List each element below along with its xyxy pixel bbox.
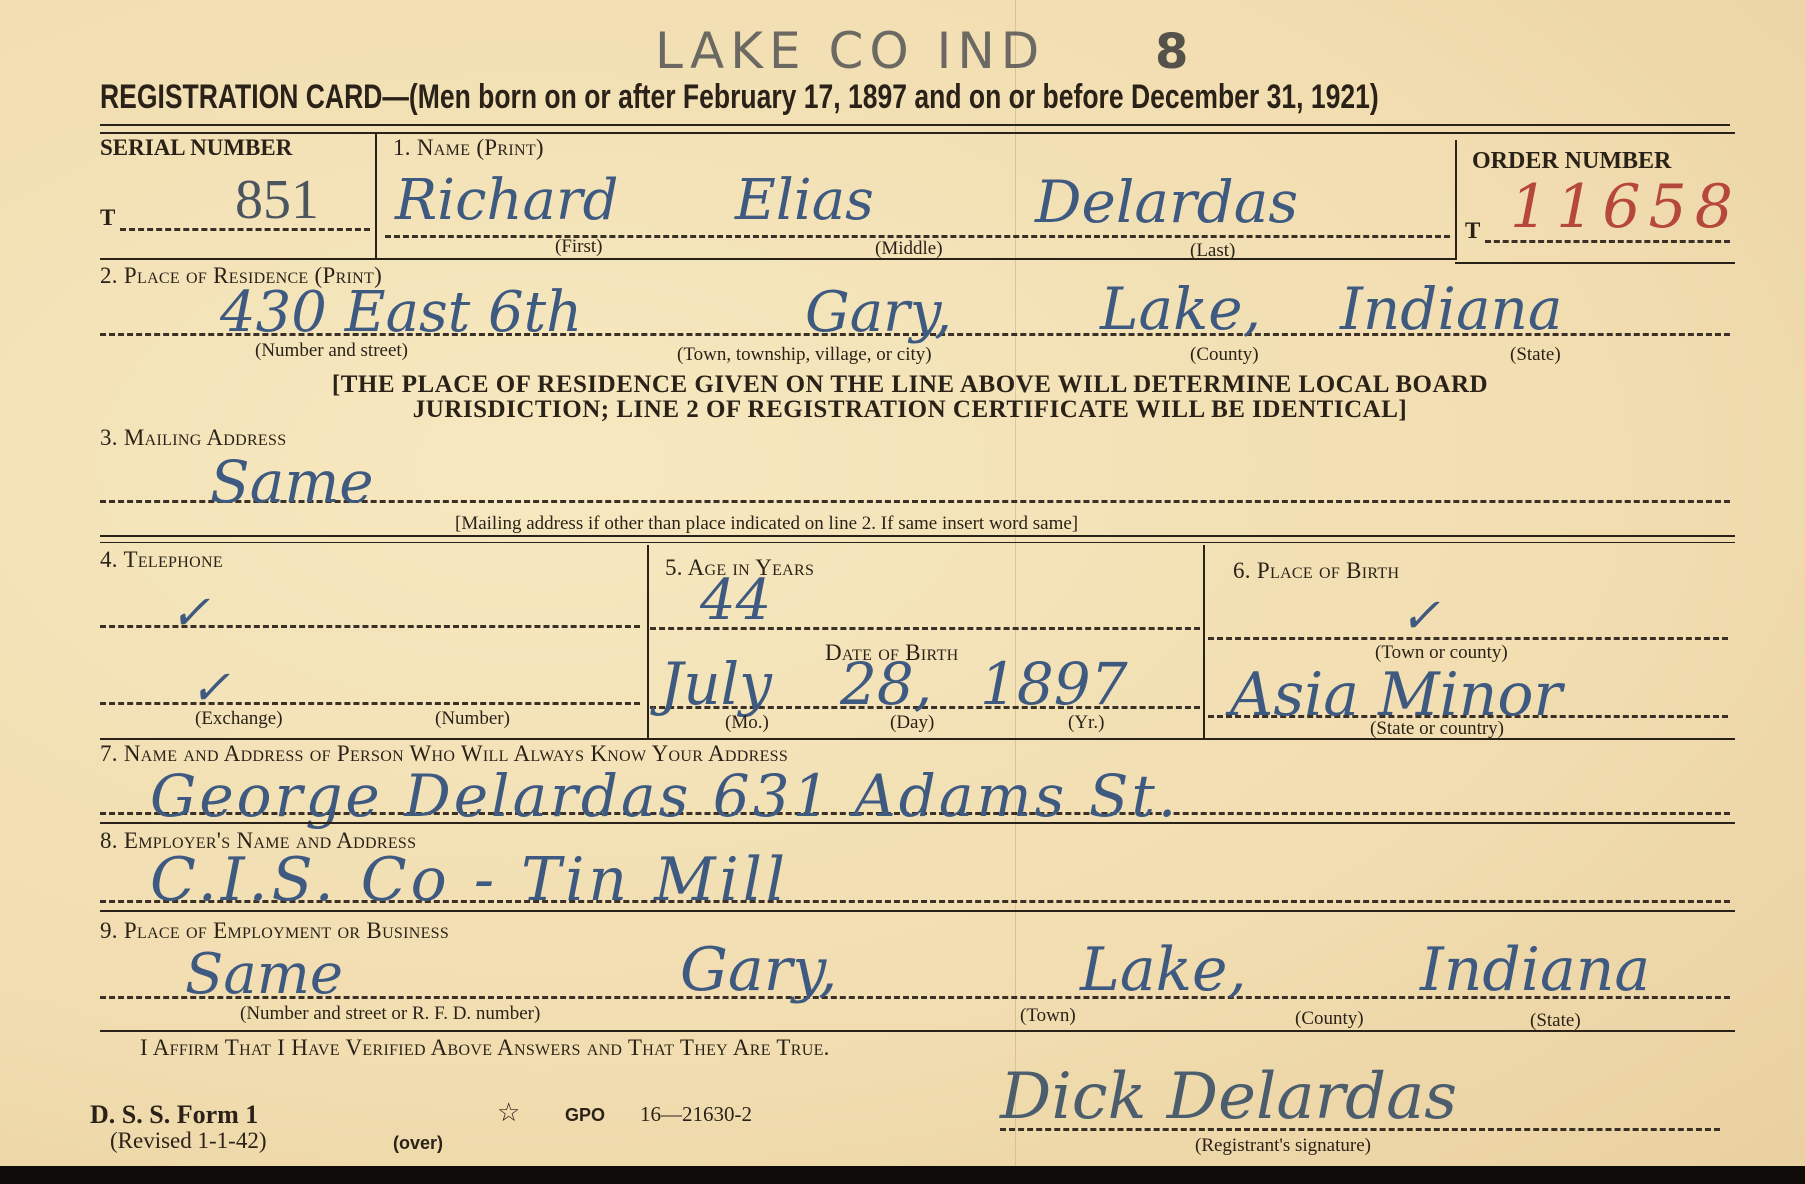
employment-state-value[interactable]: Indiana [1420,935,1650,1005]
employer-value[interactable]: C.I.S. Co - Tin Mill [150,845,789,915]
signature-value[interactable]: Dick Delardas [1000,1060,1457,1134]
employment-county-value[interactable]: Lake, [1080,935,1247,1005]
name-label: 1. Name (Print) [393,135,544,161]
employment-town-value[interactable]: Gary, [680,935,837,1005]
birthplace-town-check[interactable]: ✓ [1400,588,1440,644]
divider [100,132,1735,134]
telephone-exchange-check[interactable]: ✓ [170,585,210,641]
divider [100,124,1730,126]
divider [1455,262,1735,264]
employment-street-caption: (Number and street or R. F. D. number) [240,1003,540,1025]
order-number-label: ORDER NUMBER [1472,148,1671,175]
number-caption: (Number) [435,708,510,730]
notice-line-2: JURISDICTION; LINE 2 OF REGISTRATION CER… [120,397,1700,422]
employment-state-caption: (State) [1530,1010,1581,1032]
first-caption: (First) [555,236,603,258]
divider [100,822,1735,824]
dob-day-value[interactable]: 28, [840,650,932,718]
star-icon: ☆ [497,1098,520,1128]
over-note: (over) [393,1133,443,1154]
month-caption: (Mo.) [725,712,769,734]
exchange-caption: (Exchange) [195,708,283,730]
telephone-line-2 [100,702,640,705]
telephone-label: 4. Telephone [100,547,223,573]
residence-street-value[interactable]: 430 East 6th [220,280,582,345]
day-caption: (Day) [890,712,934,734]
age-value[interactable]: 44 [700,568,771,633]
dob-month-value[interactable]: July [660,650,772,718]
employment-place-label: 9. Place of Employment or Business [100,918,449,944]
contact-value[interactable]: George Delardas 631 Adams St. [150,762,1179,830]
gpo-number: 16—21630-2 [640,1102,752,1127]
mailing-value[interactable]: Same [210,448,374,516]
mailing-caption: [Mailing address if other than place ind… [455,513,1078,535]
divider [647,545,649,738]
divider [1455,140,1457,260]
board-number-stamp: 8 [1155,24,1194,80]
registration-card: LAKE CO IND 8 REGISTRATION CARD—(Men bor… [0,0,1805,1166]
gpo-label: GPO [565,1105,605,1126]
last-name-value[interactable]: Delardas [1035,168,1298,236]
order-number-value[interactable]: 11658 [1510,172,1741,242]
divider [100,258,1455,260]
scan-edge [0,1166,1805,1184]
town-caption: (Town, township, village, or city) [677,344,932,366]
order-prefix: T [1465,218,1480,244]
form-number: D. S. S. Form 1 [90,1100,258,1130]
affirmation-text: I Affirm That I Have Verified Above Answ… [140,1035,830,1061]
notice-line-1: [THE PLACE OF RESIDENCE GIVEN ON THE LIN… [120,372,1700,397]
serial-prefix: T [100,205,115,231]
jurisdiction-notice: [THE PLACE OF RESIDENCE GIVEN ON THE LIN… [120,372,1700,422]
residence-town-value[interactable]: Gary, [805,280,952,345]
dob-year-value[interactable]: 1897 [980,650,1128,718]
county-stamp: LAKE CO IND [655,22,1045,80]
card-title: REGISTRATION CARD—(Men born on or after … [100,78,1379,117]
signature-caption: (Registrant's signature) [1195,1135,1371,1157]
birthplace-label: 6. Place of Birth [1233,558,1399,584]
divider [100,738,1735,740]
fold-crease [1015,0,1016,1166]
card-title-text: REGISTRATION CARD [100,78,382,116]
state-caption: (State) [1510,344,1561,366]
residence-county-value[interactable]: Lake, [1100,275,1261,343]
state-country-caption: (State or country) [1370,718,1504,740]
divider [100,1030,1735,1032]
card-subtitle: —(Men born on or after February 17, 1897… [382,78,1378,116]
serial-number-label: SERIAL NUMBER [100,135,292,161]
divider [100,535,1735,537]
divider [100,910,1735,912]
first-name-value[interactable]: Richard [395,168,619,233]
employment-town-caption: (Town) [1020,1005,1076,1027]
divider [1203,545,1205,738]
residence-state-value[interactable]: Indiana [1340,275,1562,343]
serial-number-value[interactable]: 851 [235,168,319,232]
divider [100,542,1735,543]
street-caption: (Number and street) [255,340,408,362]
employment-county-caption: (County) [1295,1008,1364,1030]
birthplace-line-1 [1208,637,1728,640]
county-caption: (County) [1190,344,1259,366]
revised-date: (Revised 1-1-42) [110,1128,267,1154]
divider [375,133,377,258]
year-caption: (Yr.) [1068,712,1104,734]
employment-street-value[interactable]: Same [185,942,343,1007]
middle-name-value[interactable]: Elias [735,168,874,233]
middle-caption: (Middle) [875,238,943,260]
